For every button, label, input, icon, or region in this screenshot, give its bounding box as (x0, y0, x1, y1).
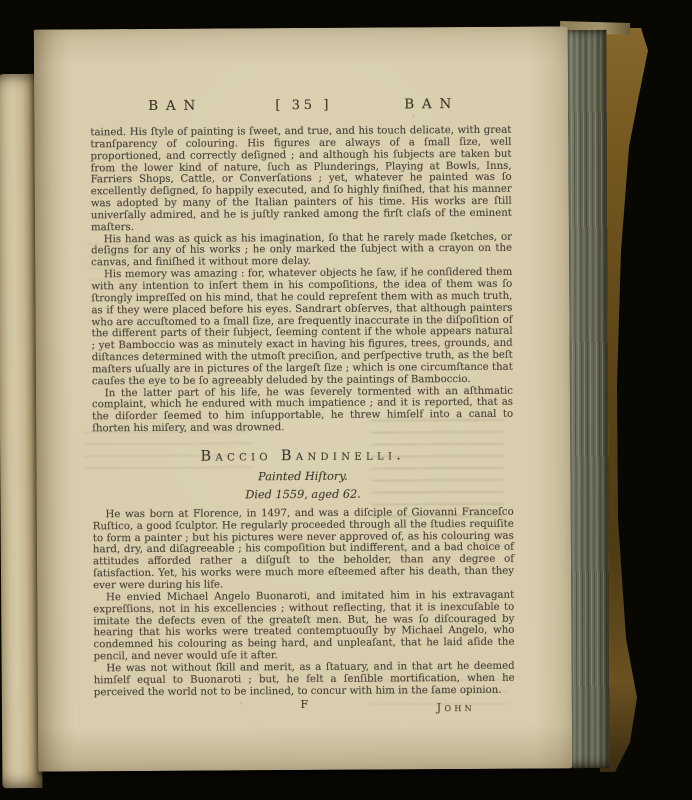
paragraph: His memory was amazing : for, whatever o… (91, 267, 513, 388)
book-page: BAN [ 35 ] BAN tained. His ſtyle of pain… (34, 26, 573, 771)
running-head-left: BAN (148, 99, 203, 113)
section-subtitle: Painted Hiſtory. (92, 470, 513, 485)
section-title: Baccio Bandinelli. (92, 447, 513, 466)
paragraph: In the latter part of his life, he was ſ… (92, 385, 513, 435)
page-content: BAN [ 35 ] BAN tained. His ſtyle of pain… (34, 26, 573, 771)
page-foot: F John (94, 698, 515, 716)
running-head: BAN [ 35 ] BAN (90, 97, 511, 115)
paragraph: His hand was as quick as his imagination… (91, 231, 512, 269)
catchword: John (437, 702, 475, 714)
paragraph: He envied Michael Angelo Buonaroti, and … (93, 590, 514, 664)
section-dates: Died 1559, aged 62. (93, 488, 514, 503)
book-scan: BAN [ 35 ] BAN tained. His ſtyle of pain… (0, 0, 692, 800)
page-number: [ 35 ] (275, 99, 332, 113)
signature-mark: F (301, 698, 309, 711)
section-heading: Baccio Bandinelli. Painted Hiſtory. Died… (92, 447, 513, 503)
running-head-right: BAN (404, 97, 459, 111)
paragraph: He was born at Florence, in 1497, and wa… (93, 507, 514, 592)
paragraph: tained. His ſtyle of painting is ſweet, … (90, 125, 512, 234)
paragraph: He was not without ſkill and merit, as a… (94, 661, 515, 699)
